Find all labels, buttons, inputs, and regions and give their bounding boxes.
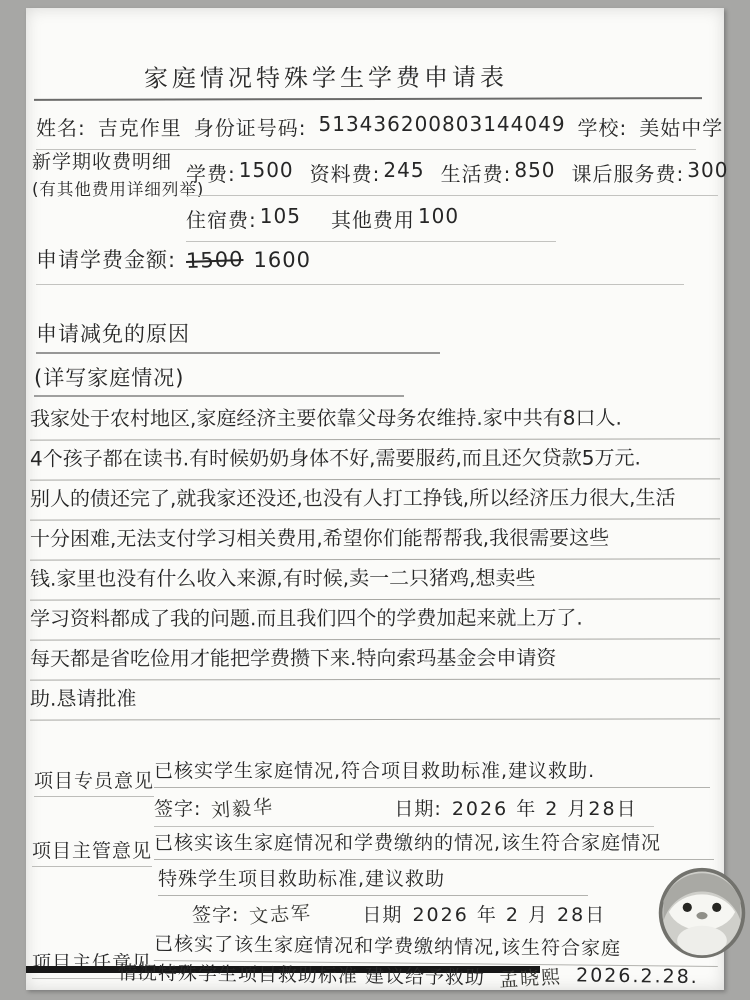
body-line: 十分困难,无法支付学习相关费用,希望你们能帮帮我,我很需要这些 bbox=[30, 519, 720, 560]
reason-subheading: (详写家庭情况) bbox=[34, 362, 404, 397]
supervisor-signature: 文志军 bbox=[249, 898, 314, 929]
fee-label-other: 其他费用 bbox=[331, 204, 415, 233]
fee-label-afterschool: 课后服务费: bbox=[572, 158, 685, 187]
fee-label-tuition: 学费: bbox=[186, 158, 236, 187]
fee-item-materials: 资料费: 245 bbox=[310, 158, 425, 187]
body-line: 每天都是省吃俭用才能把学费攒下来.特向索玛基金会申请资 bbox=[30, 639, 720, 680]
amount-final: 1600 bbox=[254, 248, 311, 272]
body-line: 4个孩子都在读书.有时候奶奶身体不好,需要服药,而且还欠贷款5万元. bbox=[30, 439, 720, 480]
fee-value-other: 100 bbox=[418, 204, 459, 233]
fee-section-title: 新学期收费明细 bbox=[32, 148, 204, 176]
specialist-opinion-label: 项目专员意见 bbox=[34, 766, 154, 797]
fee-value-lodging: 105 bbox=[260, 204, 301, 233]
fee-item-afterschool: 课后服务费: 300 bbox=[572, 158, 729, 187]
paper-sheet: 家庭情况特殊学生学费申请表 姓名: 吉克作里 身份证号码: 5134362008… bbox=[26, 8, 724, 990]
amount-label: 申请学费金额: bbox=[36, 244, 176, 274]
name-value: 吉克作里 bbox=[98, 112, 182, 141]
sign-label: 签字: bbox=[154, 794, 201, 821]
body-line: 助.恳请批准 bbox=[30, 679, 720, 720]
body-line: 我家处于农村地区,家庭经济主要依靠父母务农维持.家中共有8口人. bbox=[30, 399, 720, 440]
title-underline bbox=[34, 97, 702, 101]
penguin-sticker-icon bbox=[656, 864, 748, 960]
amount-crossed-out: 1500 bbox=[186, 247, 244, 273]
fee-row-2: 住宿费: 105 其他费用 100 bbox=[186, 204, 556, 242]
fee-value-afterschool: 300 bbox=[687, 158, 728, 187]
specialist-signature: 刘毅华 bbox=[211, 792, 276, 823]
supervisor-sign-row: 签字: 文志军 日期 2026 年 2 月 28日 bbox=[192, 900, 622, 932]
fee-section-note: (有其他费用详细列举) bbox=[32, 176, 204, 204]
specialist-date: 2026 年 2 月28日 bbox=[452, 794, 638, 821]
supervisor-opinion-text-2: 特殊学生项目救助标准,建议救助 bbox=[158, 864, 588, 896]
id-label: 身份证号码: bbox=[194, 112, 307, 141]
fee-label-lodging: 住宿费: bbox=[186, 204, 257, 233]
requested-amount-row: 申请学费金额: 1500 1600 bbox=[36, 244, 684, 285]
specialist-opinion-text: 已核实学生家庭情况,符合项目救助标准,建议救助. bbox=[154, 756, 710, 788]
school-label: 学校: bbox=[578, 112, 628, 141]
sign-label: 签字: bbox=[192, 900, 239, 927]
fee-label-living: 生活费: bbox=[441, 158, 512, 187]
body-line: 学习资料都成了我的问题.而且我们四个的学费加起来就上万了. bbox=[30, 599, 720, 640]
name-label: 姓名: bbox=[36, 112, 86, 141]
reason-heading: 申请减免的原因 bbox=[36, 318, 440, 354]
school-value: 美姑中学 bbox=[639, 112, 723, 141]
form-title: 家庭情况特殊学生学费申请表 bbox=[144, 57, 508, 93]
supervisor-date: 2026 年 2 月 28日 bbox=[412, 900, 606, 927]
date-label: 日期: bbox=[394, 794, 441, 821]
specialist-sign-row: 签字: 刘毅华 日期: 2026 年 2 月28日 bbox=[154, 794, 654, 827]
id-value: 513436200803144049 bbox=[319, 112, 566, 141]
fee-section-label: 新学期收费明细 (有其他费用详细列举) bbox=[32, 148, 204, 204]
director-opinion-text-2: 情况特殊学生项目救助标准 建议给予救助 bbox=[118, 958, 485, 990]
fee-item-tuition: 学费: 1500 bbox=[186, 158, 294, 187]
fee-item-lodging: 住宿费: 105 bbox=[186, 204, 301, 233]
scanned-page: 家庭情况特殊学生学费申请表 姓名: 吉克作里 身份证号码: 5134362008… bbox=[0, 0, 750, 1000]
reason-body: 我家处于农村地区,家庭经济主要依靠父母务农维持.家中共有8口人. 4个孩子都在读… bbox=[30, 400, 720, 720]
director-date: 2026.2.28. bbox=[576, 964, 699, 993]
body-line: 别人的债还完了,就我家还没还,也没有人打工挣钱,所以经济压力很大,生活 bbox=[30, 479, 720, 520]
director-signature: 孟晓熙 bbox=[498, 962, 562, 992]
date-label: 日期 bbox=[362, 900, 402, 927]
supervisor-opinion-text-1: 已核实该生家庭情况和学费缴纳的情况,该生符合家庭情况 bbox=[154, 828, 714, 860]
fee-item-other: 其他费用 100 bbox=[331, 204, 459, 233]
fee-label-materials: 资料费: bbox=[310, 158, 381, 187]
student-info-row: 姓名: 吉克作里 身份证号码: 513436200803144049 学校: 美… bbox=[36, 112, 696, 150]
fee-item-living: 生活费: 850 bbox=[441, 158, 556, 187]
fee-value-materials: 245 bbox=[383, 158, 424, 187]
body-line: 钱.家里也没有什么收入来源,有时候,卖一二只猪鸡,想卖些 bbox=[30, 559, 720, 600]
fee-value-living: 850 bbox=[514, 158, 555, 187]
fee-row-1: 学费: 1500 资料费: 245 生活费: 850 课后服务费: 300 bbox=[186, 158, 718, 196]
fee-value-tuition: 1500 bbox=[239, 158, 294, 187]
supervisor-opinion-label: 项目主管意见 bbox=[32, 836, 152, 867]
